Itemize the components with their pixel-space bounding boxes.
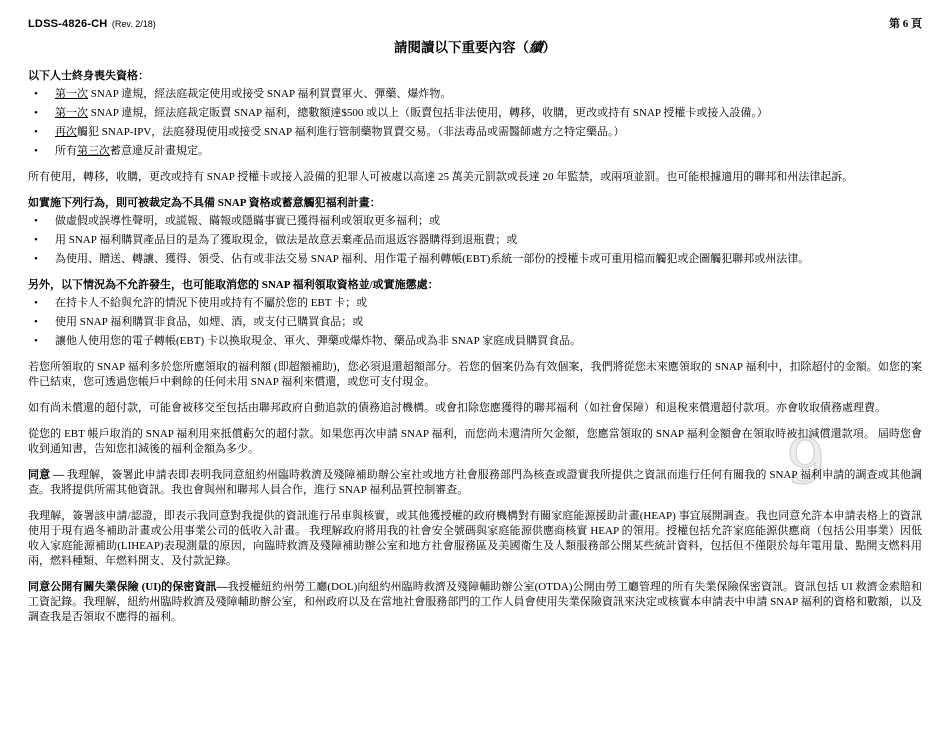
consent-lead: 同意 — bbox=[28, 469, 67, 481]
bullet-text: 蓄意違反計畫規定。 bbox=[110, 145, 209, 157]
list-item: 再次觸犯 SNAP-IPV，法庭發現使用或接受 SNAP 福利進行管制藥物買賣交… bbox=[28, 125, 922, 140]
disqualification-list: 在持卡人不給與允許的情況下使用或持有不屬於您的 EBT 卡；或 使用 SNAP … bbox=[28, 296, 922, 349]
bullet-text: SNAP 違規，經法庭裁定使用或接受 SNAP 福利買賣軍火、彈藥、爆炸物。 bbox=[88, 88, 451, 100]
form-id: LDSS-4826-CH bbox=[28, 18, 107, 30]
bullet-underline: 第三次 bbox=[77, 145, 110, 157]
violation-heading: 如實施下列行為，則可被裁定為不具備 SNAP 資格或蓄意觸犯福利計畫： bbox=[28, 196, 922, 211]
page-title-close: ） bbox=[543, 40, 557, 55]
violation-list: 做虛假或誤導性聲明，或謊報、瞞報或隱瞞事實已獲得福利或領取更多福利；或 用 SN… bbox=[28, 214, 922, 267]
disqualification-heading: 另外，以下情況為不允許發生，也可能取消您的 SNAP 福利領取資格並/或實施懲處… bbox=[28, 278, 922, 293]
ui-consent-paragraph: 同意公開有關失業保險 (UI)的保密資訊—我授權紐約州勞工廳(DOL)向紐約州臨… bbox=[28, 580, 922, 625]
page-number: 第 6 頁 bbox=[889, 15, 922, 31]
lifetime-disqualification-list: 第一次 SNAP 違規，經法庭裁定使用或接受 SNAP 福利買賣軍火、彈藥、爆炸… bbox=[28, 87, 922, 159]
ui-consent-lead: 同意公開有關失業保險 (UI)的保密資訊— bbox=[28, 581, 228, 593]
page-title-emphasis: 續 bbox=[529, 40, 543, 55]
bullet-text: 觸犯 SNAP-IPV，法庭發現使用或接受 SNAP 福利進行管制藥物買賣交易。… bbox=[77, 126, 624, 138]
list-item: 第一次 SNAP 違規，經法庭裁定使用或接受 SNAP 福利買賣軍火、彈藥、爆炸… bbox=[28, 87, 922, 102]
page-title-text: 請閱讀以下重要內容（ bbox=[394, 40, 529, 55]
heap-paragraph: 我理解，簽署該申請/認證，即表示我同意對我提供的資訊進行吊車與核實，或其他獲授權… bbox=[28, 509, 922, 569]
list-item: 在持卡人不給與允許的情況下使用或持有不屬於您的 EBT 卡；或 bbox=[28, 296, 922, 311]
bullet-underline: 第一次 bbox=[55, 88, 88, 100]
consent-paragraph: 同意 — 我理解，簽署此申請表即表明我同意紐約州臨時救濟及殘障補助辦公室社或地方… bbox=[28, 468, 922, 498]
list-item: 用 SNAP 福利購買產品目的是為了獲取現金，做法是故意丟棄產品而退返容器購得到… bbox=[28, 233, 922, 248]
consent-text: 我理解，簽署此申請表即表明我同意紐約州臨時救濟及殘障補助辦公室社或地方社會服務部… bbox=[28, 469, 922, 496]
list-item: 為使用、贈送、轉讓、獲得、領受、佔有或非法交易 SNAP 福利、用作電子福利轉帳… bbox=[28, 252, 922, 267]
list-item: 使用 SNAP 福利購買非食品，如煙、酒，或支付已購買食品；或 bbox=[28, 315, 922, 330]
bullet-underline: 再次 bbox=[55, 126, 77, 138]
page-title: 請閱讀以下重要內容（續） bbox=[28, 36, 922, 56]
list-item: 讓他人使用您的電子轉帳(EBT) 卡以換取現金、軍火、彈藥或爆炸物、藥品或為非 … bbox=[28, 334, 922, 349]
list-item: 第一次 SNAP 違規，經法庭裁定販賣 SNAP 福利，總數額達$500 或以上… bbox=[28, 106, 922, 121]
lifetime-disqualification-heading: 以下人士終身喪失資格： bbox=[28, 69, 922, 84]
penalty-paragraph: 所有使用，轉移，收購，更改或持有 SNAP 授權卡或接入設備的犯罪人可被處以高達… bbox=[28, 170, 922, 185]
bullet-text: SNAP 違規，經法庭裁定販賣 SNAP 福利，總數額達$500 或以上（販賣包… bbox=[88, 107, 768, 119]
form-number: LDSS-4826-CH (Rev. 2/18) bbox=[28, 14, 156, 32]
overpayment-paragraph-2: 如有尚未償還的超付款，可能會被移交至包括由聯邦政府自動追款的債務追討機構。或會扣… bbox=[28, 401, 922, 416]
bullet-prefix: 所有 bbox=[55, 145, 77, 157]
overpayment-paragraph-1: 若您所領取的 SNAP 福利多於您所應領取的福利額 (即超額補助)，您必須退還超… bbox=[28, 360, 922, 390]
list-item: 做虛假或誤導性聲明，或謊報、瞞報或隱瞞事實已獲得福利或領取更多福利；或 bbox=[28, 214, 922, 229]
bullet-underline: 第一次 bbox=[55, 107, 88, 119]
page-header: LDSS-4826-CH (Rev. 2/18) 第 6 頁 bbox=[28, 14, 922, 32]
list-item: 所有第三次蓄意違反計畫規定。 bbox=[28, 144, 922, 159]
overpayment-paragraph-3: 從您的 EBT 帳戶取消的 SNAP 福利用來抵償虧欠的超付款。如果您再次申請 … bbox=[28, 427, 922, 457]
form-revision: (Rev. 2/18) bbox=[112, 19, 156, 29]
document-page: LDSS-4826-CH (Rev. 2/18) 第 6 頁 請閱讀以下重要內容… bbox=[0, 0, 950, 733]
